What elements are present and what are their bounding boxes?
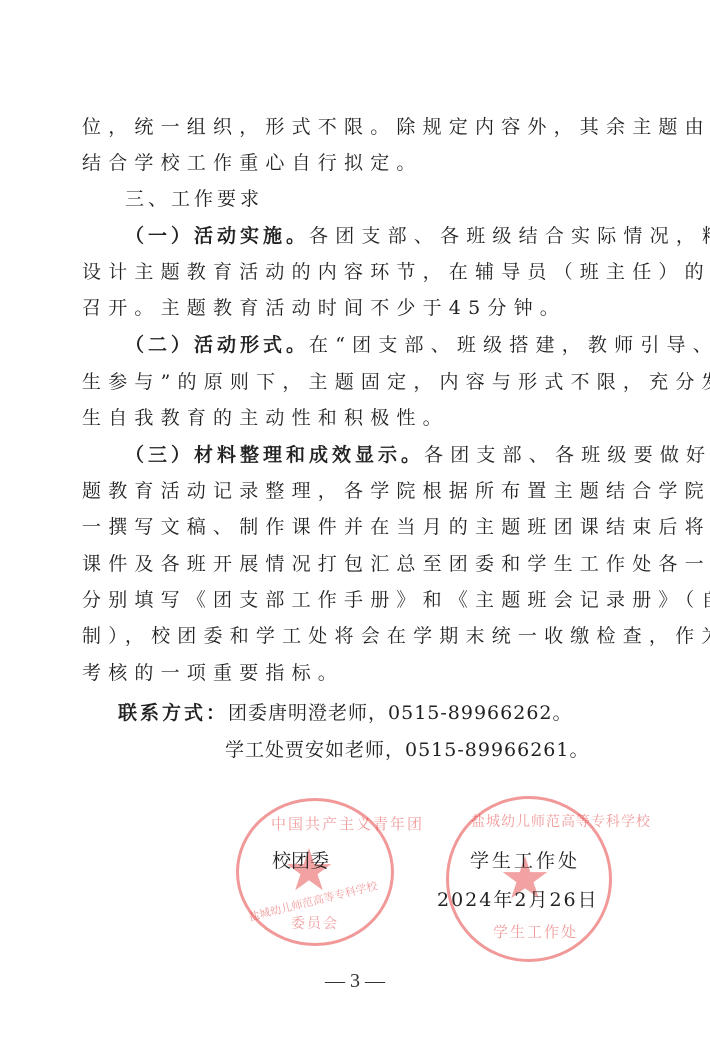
body-line: 结合学校工作重心自行拟定。 <box>82 148 654 178</box>
item-1-label: （一）活动实施。 <box>125 225 309 247</box>
document-page: 位，统一组织，形式不限。除规定内容外，其余主题由各学院 结合学校工作重心自行拟定… <box>0 0 710 1049</box>
contact-tuanwei: 团委唐明澄老师，0515-89966262。 <box>228 702 572 724</box>
stamp-bottom-text: 委员会 <box>291 913 339 933</box>
body-line: 题教育活动记录整理，各学院根据所布置主题结合学院实际统 <box>82 476 654 506</box>
body-line: 设计主题教育活动的内容环节，在辅导员（班主任）的指导下 <box>82 257 654 287</box>
stamp-xuegongchu: ★ 盐城幼儿师范高等专科学校 学生工作处 <box>446 796 612 962</box>
body-line: 召开。主题教育活动时间不少于45分钟。 <box>82 293 654 323</box>
item-1-text: 各团支部、各班级结合实际情况，精心 <box>309 225 710 247</box>
signature-tuanwei: 校团委 <box>272 848 329 874</box>
page-number: — 3 — <box>0 970 710 993</box>
item-2-label: （二）活动形式。 <box>125 334 309 356</box>
contact-line-1: 联系方式：团委唐明澄老师，0515-89966262。 <box>118 698 690 728</box>
body-line: 位，统一组织，形式不限。除规定内容外，其余主题由各学院 <box>82 112 654 142</box>
section-heading: 三、工作要求 <box>125 184 655 214</box>
item-2-first-line: （二）活动形式。在“团支部、班级搭建，教师引导、学 <box>125 330 655 360</box>
stamp-top-text: 中国共产主义青年团 <box>271 813 424 834</box>
contact-line-2: 学工处贾安如老师，0515-89966261。 <box>225 735 710 765</box>
body-line: 课件及各班开展情况打包汇总至团委和学生工作处各一份，并 <box>82 549 654 579</box>
contact-label: 联系方式： <box>118 702 228 724</box>
body-line: 考核的一项重要指标。 <box>82 658 654 688</box>
item-2-text: 在“团支部、班级搭建，教师引导、学 <box>309 334 710 356</box>
item-3-label: （三）材料整理和成效显示。 <box>125 444 424 466</box>
signature-xuegongchu: 学生工作处 <box>470 848 580 874</box>
body-line: 分别填写《团支部工作手册》和《主题班会记录册》（自行印 <box>82 585 654 615</box>
signature-date: 2024年2月26日 <box>437 887 599 913</box>
item-3-first-line: （三）材料整理和成效显示。各团支部、各班级要做好主 <box>125 440 655 470</box>
stamp-bottom-text: 学生工作处 <box>493 921 578 942</box>
item-1-first-line: （一）活动实施。各团支部、各班级结合实际情况，精心 <box>125 221 655 251</box>
body-line: 制），校团委和学工处将会在学期末统一收缴检查，作为学院 <box>82 621 654 651</box>
item-3-text: 各团支部、各班级要做好主 <box>424 444 710 466</box>
stamp-top-text: 盐城幼儿师范高等专科学校 <box>471 811 651 831</box>
body-line: 一撰写文稿、制作课件并在当月的主题班团课结束后将文稿、 <box>82 512 654 542</box>
body-line: 生参与”的原则下，主题固定，内容与形式不限，充分发挥学 <box>82 367 654 397</box>
body-line: 生自我教育的主动性和积极性。 <box>82 403 654 433</box>
